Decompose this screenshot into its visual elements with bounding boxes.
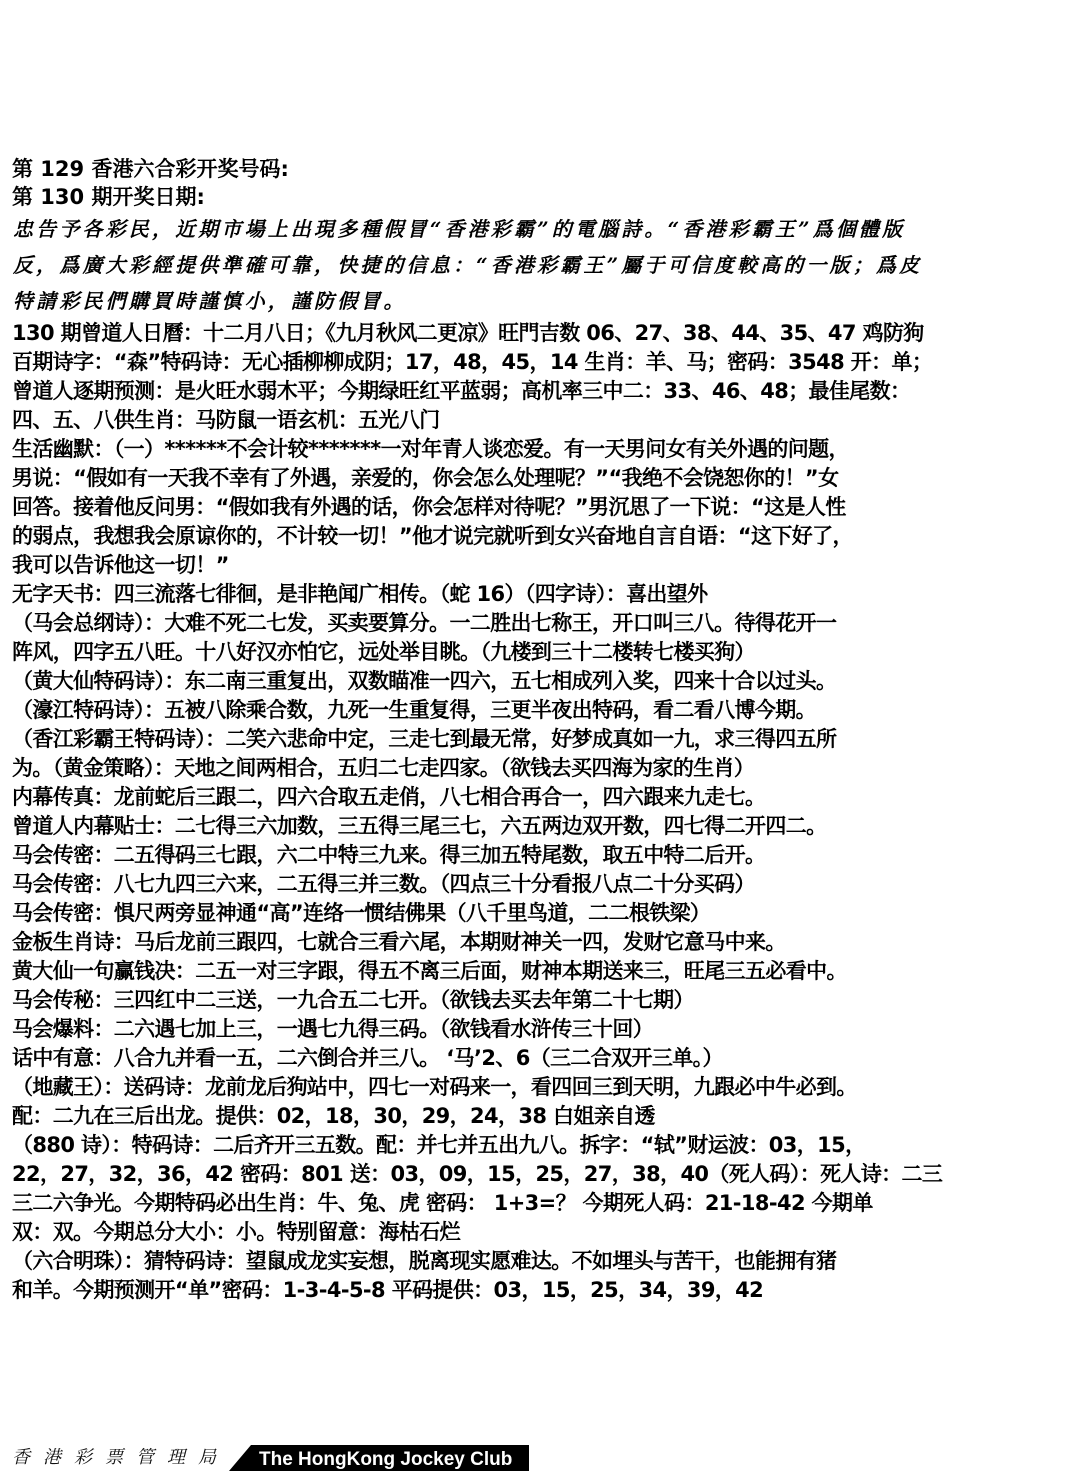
tips-section: 无字天书：四三流落七徘徊，是非艳闻广相传。（蛇 16）（四字诗）：喜出望外 （马… [12, 580, 1072, 1305]
tip-line: 为。（黄金策略）：天地之间两相合，五归二七走四家。（欲钱去买四海为家的生肖） [12, 754, 1070, 783]
lottery-tip-sheet: 第 129 香港六合彩开奖号码: 第 130 期开奖日期: 忠告予各彩民，近期市… [12, 155, 1072, 1305]
tip-line: 话中有意：八合九并看一五，二六倒合并三八。 ‘马’2、6（三二合双开三单。） [12, 1044, 1070, 1073]
tip-line: 内幕传真：龙前蛇后三跟二，四六合取五走俏，八七相合再合一，四六跟来九走七。 [12, 783, 1070, 812]
tip-line: 无字天书：四三流落七徘徊，是非艳闻广相传。（蛇 16）（四字诗）：喜出望外 [12, 580, 1070, 609]
jockey-club-banner: The HongKong Jockey Club [229, 1445, 529, 1471]
humor-line: 生活幽默：（一）******不会计较*******一对年青人谈恋爱。有一天男问女… [12, 435, 1070, 464]
draw-date-heading: 第 130 期开奖日期: [12, 183, 1072, 211]
tip-line: 马会传密：惧尺两旁显神通“高”连络一惯结佛果（八千里鸟道，二二根铁梁） [12, 899, 1070, 928]
footer-logo: 香港彩票管理局 The HongKong Jockey Club [12, 1445, 612, 1471]
tip-line: 马会传密：八七九四三六来，二五得三并三数。（四点三十分看报八点二十分买码） [12, 870, 1070, 899]
tip-line: 马会传秘：三四红中二三送，一九合五二七开。（欲钱去买去年第二十七期） [12, 986, 1070, 1015]
almanac-line: 130 期曾道人日曆：十二月八日；《九月秋风二更凉》旺門吉数 06、27、38、… [12, 319, 1070, 348]
notice-line: 特請彩民們購買時謹慎小，謹防假冒。 [13, 283, 1071, 319]
tip-line: （马会总纲诗）：大难不死二七发，买卖要算分。一二胜出七称王，开口叫三八。待得花开… [12, 609, 1070, 638]
tip-line: （黄大仙特码诗）：东二南三重复出，双数瞄准一四六，五七相成列入奖，四来十合以过头… [12, 667, 1070, 696]
notice-line: 反，爲廣大彩經提供準確可靠，快捷的信息：“香港彩霸王”屬于可信度較高的一版；爲皮 [13, 247, 1071, 283]
draw-numbers-heading: 第 129 香港六合彩开奖号码: [12, 155, 1072, 183]
almanac-line: 四、五、八供生肖：马防鼠一语玄机：五光八门 [12, 406, 1070, 435]
humor-line: 男说：“假如有一天我不幸有了外遇，亲爱的，你会怎么处理呢？”“我绝不会饶恕你的！… [12, 464, 1070, 493]
humor-line: 的弱点，我想我会原谅你的，不计较一切！”他才说完就听到女兴奋地自言自语：“这下好… [12, 522, 1070, 551]
almanac-line: 曾道人逐期预测：是火旺水弱木平；今期绿旺红平蓝弱；高机率三中二：33、46、48… [12, 377, 1070, 406]
tip-line: （六合明珠）：猜特码诗：望鼠成龙实妄想，脱离现实愿难达。不如埋头与苦干，也能拥有… [12, 1247, 1070, 1276]
almanac-line: 百期诗字：“森”特码诗：无心插柳柳成阴；17，48，45，14 生肖：羊、马；密… [12, 348, 1070, 377]
tip-line: 曾道人内幕贴士：二七得三六加数，三五得三尾三七，六五两边双开数，四七得二开四二。 [12, 812, 1070, 841]
counterfeit-notice: 忠告予各彩民，近期市場上出現多種假冒“香港彩霸”的電腦詩。“香港彩霸王”爲個體版… [12, 211, 1072, 319]
tip-line: （濠江特码诗）：五被八除乘合数，九死一生重复得，三更半夜出特码，看二看八博今期。 [12, 696, 1070, 725]
tip-line: （地藏王）：送码诗：龙前龙后狗站中，四七一对码来一，看四回三到天明，九跟必中牛必… [12, 1073, 1070, 1102]
tip-line: 马会爆料：二六遇七加上三，一遇七九得三码。（欲钱看水浒传三十回） [12, 1015, 1070, 1044]
tip-line: 金板生肖诗：马后龙前三跟四，七就合三看六尾，本期财神关一四，发财它意马中来。 [12, 928, 1070, 957]
tip-line: 和羊。今期预测开“单”密码：1-3-4-5-8 平码提供：03，15，25，34… [12, 1276, 1070, 1305]
tip-line: 黄大仙一句赢钱决：二五一对三字跟，得五不离三后面，财神本期送来三，旺尾三五必看中… [12, 957, 1070, 986]
almanac-section: 130 期曾道人日曆：十二月八日；《九月秋风二更凉》旺門吉数 06、27、38、… [12, 319, 1072, 435]
notice-line: 忠告予各彩民，近期市場上出現多種假冒“香港彩霸”的電腦詩。“香港彩霸王”爲個體版 [13, 211, 1071, 247]
tip-line: 配：二九在三后出龙。提供：02，18，30，29，24，38 白姐亲自透 [12, 1102, 1070, 1131]
tip-line: 22，27，32，36，42 密码：801 送：03，09，15，25，27，3… [12, 1160, 1070, 1189]
tip-line: （香江彩霸王特码诗）：二笑六悲命中定，三走七到最无常，好梦成真如一九，求三得四五… [12, 725, 1070, 754]
tip-line: 三二六争光。今期特码必出生肖：牛、兔、虎 密码： 1+3=？ 今期死人码：21-… [12, 1189, 1070, 1218]
issuer-name: 香港彩票管理局 [12, 1445, 229, 1471]
humor-line: 回答。接着他反问男：“假如我有外遇的话，你会怎样对待呢？”男沉思了一下说：“这是… [12, 493, 1070, 522]
humor-section: 生活幽默：（一）******不会计较*******一对年青人谈恋爱。有一天男问女… [12, 435, 1072, 580]
humor-line: 我可以告诉他这一切！” [12, 551, 1070, 580]
tip-line: 阵风，四字五八旺。十八好汉亦怕它，远处举目眺。（九楼到三十二楼转七楼买狗） [12, 638, 1070, 667]
tip-line: 双：双。今期总分大小：小。特别留意：海枯石烂 [12, 1218, 1070, 1247]
tip-line: （880 诗）：特码诗：二后齐开三五数。配：并七并五出九八。拆字：“轼”财运波：… [12, 1131, 1070, 1160]
tip-line: 马会传密：二五得码三七跟，六二中特三九来。得三加五特尾数，取五中特二后开。 [12, 841, 1070, 870]
